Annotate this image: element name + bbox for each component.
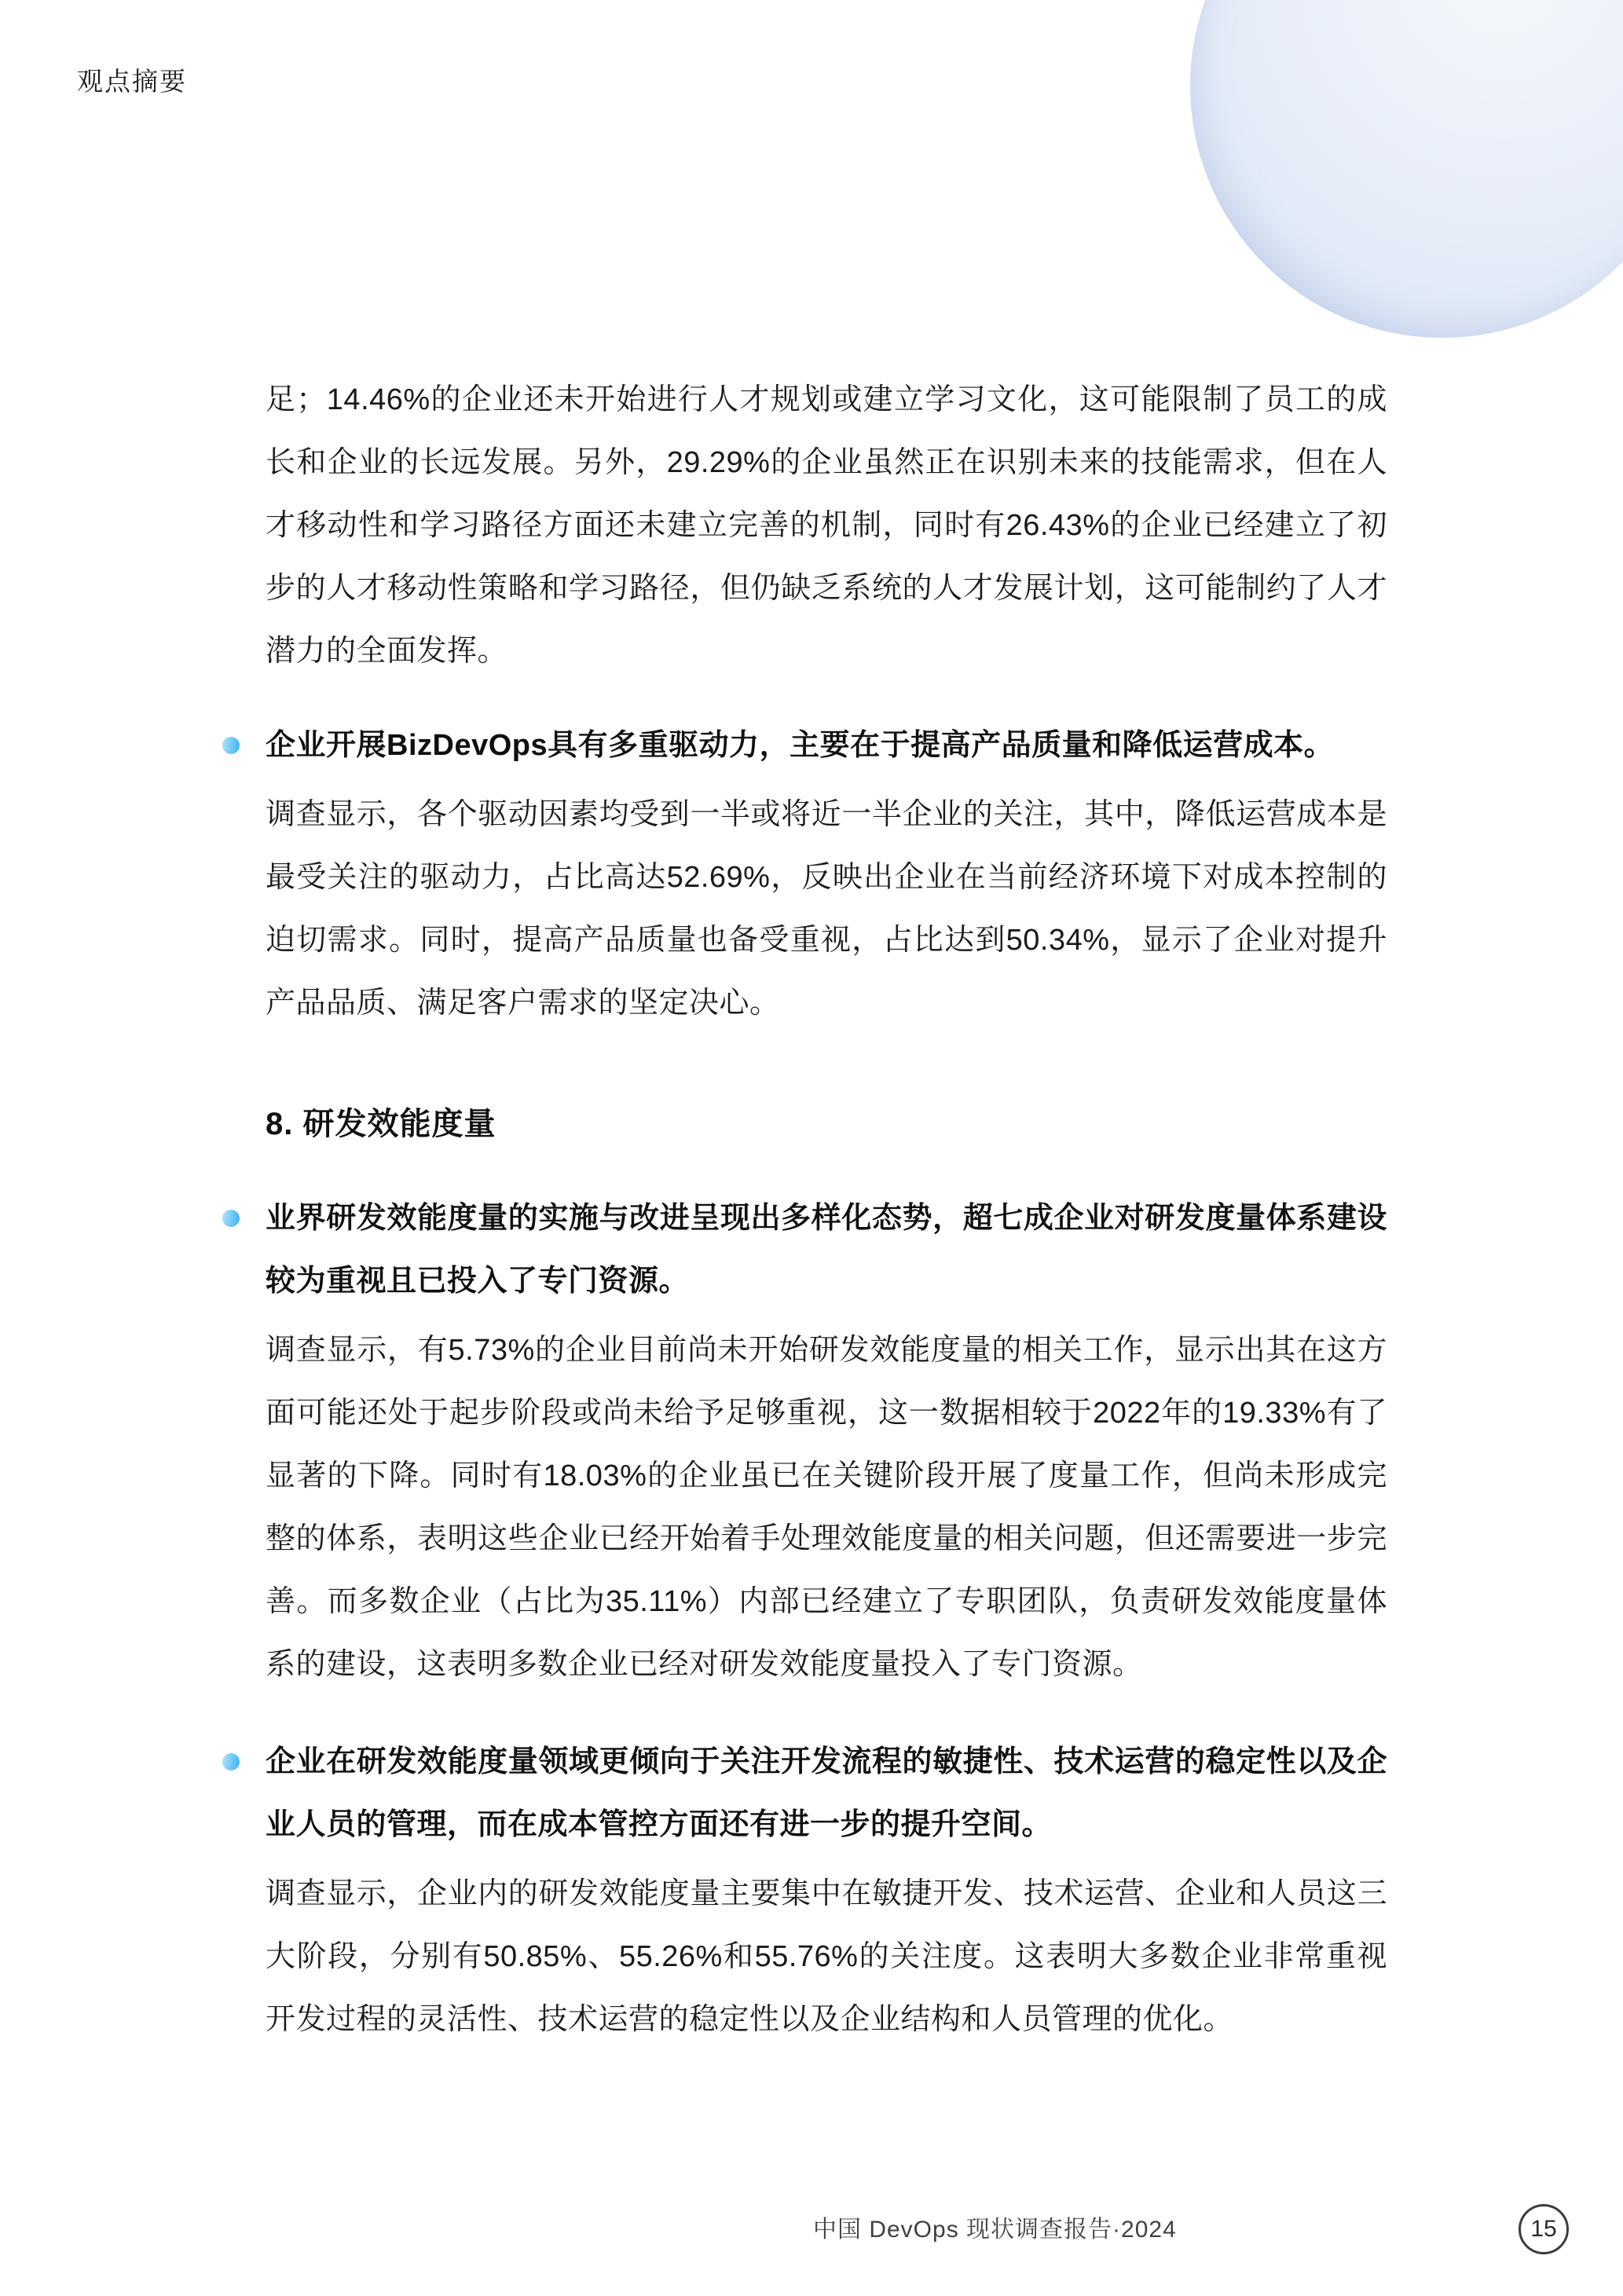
bullet-item-measurement-focus: 企业在研发效能度量领域更倾向于关注开发流程的敏捷性、技术运营的稳定性以及企业人员… xyxy=(266,1730,1387,2051)
page-footer: 中国 DevOps 现状调查报告·2024 15 xyxy=(0,2204,1623,2267)
bullet-headline-measurement-focus: 企业在研发效能度量领域更倾向于关注开发流程的敏捷性、技术运营的稳定性以及企业人员… xyxy=(266,1730,1387,1856)
bullet-dot-icon xyxy=(222,1753,240,1771)
paragraph-talent-continuation: 足；14.46%的企业还未开始进行人才规划或建立学习文化，这可能限制了员工的成长… xyxy=(266,368,1387,683)
bullet-headline-measurement-investment: 业界研发效能度量的实施与改进呈现出多样化态势，超七成企业对研发度量体系建设较为重… xyxy=(266,1187,1387,1313)
content-area: 足；14.46%的企业还未开始进行人才规划或建立学习文化，这可能限制了员工的成长… xyxy=(266,0,1387,2051)
bullet-body-measurement-focus: 调查显示，企业内的研发效能度量主要集中在敏捷开发、技术运营、企业和人员这三大阶段… xyxy=(266,1862,1387,2051)
bullet-item-measurement-investment: 业界研发效能度量的实施与改进呈现出多样化态势，超七成企业对研发度量体系建设较为重… xyxy=(266,1187,1387,1696)
bullet-body-bizdevops: 调查显示，各个驱动因素均受到一半或将近一半企业的关注，其中，降低运营成本是最受关… xyxy=(266,783,1387,1034)
footer-report-title: 中国 DevOps 现状调查报告·2024 xyxy=(813,2214,1177,2247)
page-header: 观点摘要 xyxy=(77,66,187,97)
page-number-badge: 15 xyxy=(1519,2204,1569,2254)
bullet-headline-bizdevops: 企业开展BizDevOps具有多重驱动力，主要在于提高产品质量和降低运营成本。 xyxy=(266,714,1387,777)
report-page: 观点摘要 足；14.46%的企业还未开始进行人才规划或建立学习文化，这可能限制了… xyxy=(0,0,1623,2296)
bullet-dot-icon xyxy=(222,1210,240,1227)
bullet-item-bizdevops: 企业开展BizDevOps具有多重驱动力，主要在于提高产品质量和降低运营成本。 … xyxy=(266,714,1387,1034)
bullet-dot-icon xyxy=(222,737,240,754)
bullet-body-measurement-investment: 调查显示，有5.73%的企业目前尚未开始研发效能度量的相关工作，显示出其在这方面… xyxy=(266,1319,1387,1696)
section-heading-rd-efficiency: 8. 研发效能度量 xyxy=(266,1102,1387,1146)
